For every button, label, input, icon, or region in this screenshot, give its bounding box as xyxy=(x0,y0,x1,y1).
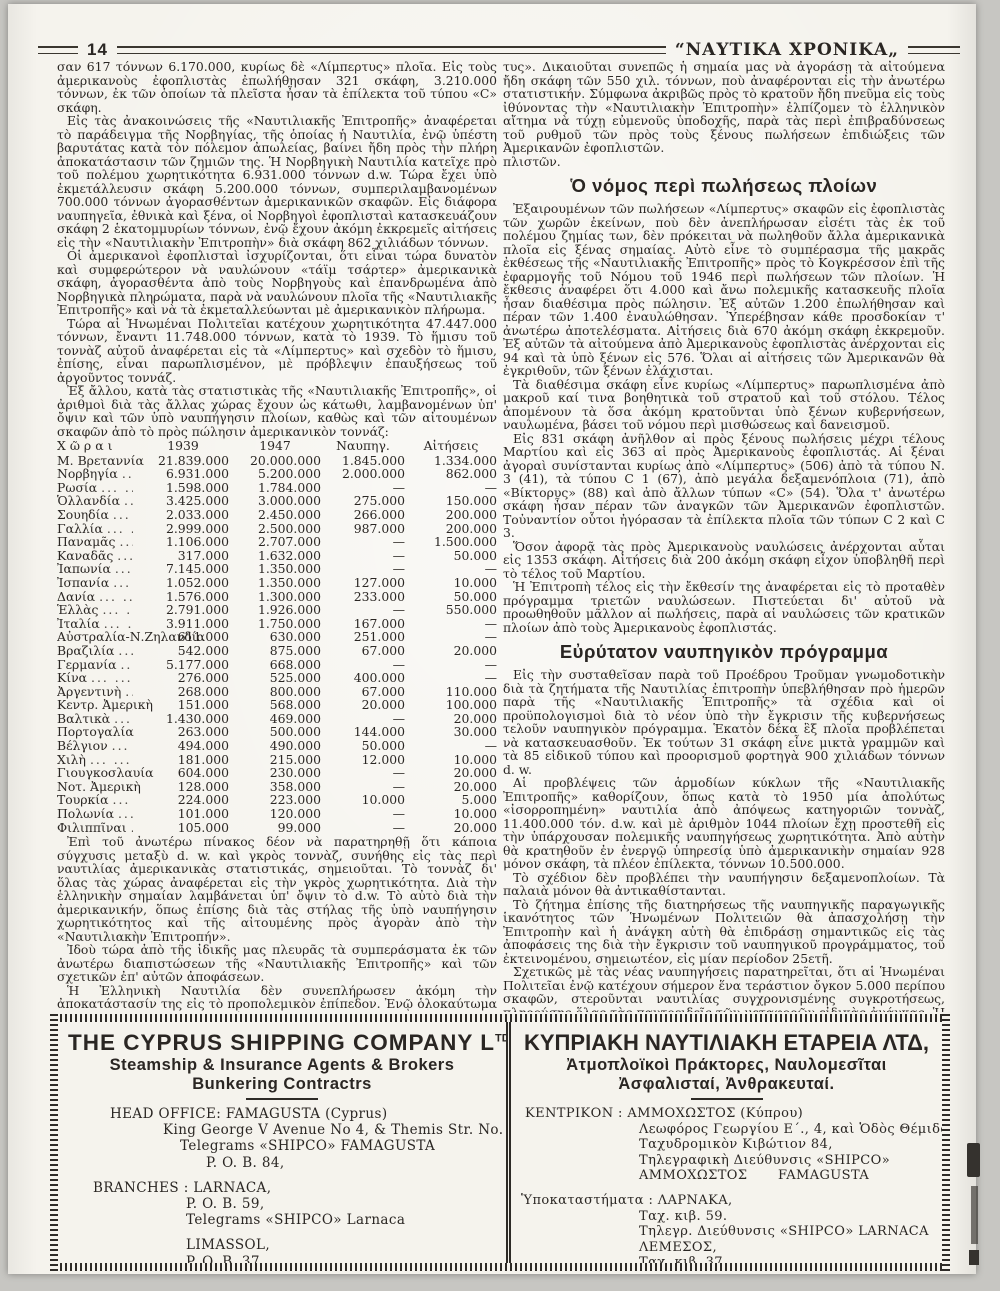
value-1947: 2.450.000 xyxy=(229,508,321,522)
value-building: 67.000 xyxy=(321,644,405,658)
value-1939: 1.598.000 xyxy=(137,481,229,495)
value-1947: 1.632.000 xyxy=(229,549,321,563)
dot-leader xyxy=(124,494,133,508)
value-1947: 2.707.000 xyxy=(229,535,321,549)
ad-line: Telegrams «SHIPCO» FAMAGUSTA xyxy=(180,1138,496,1154)
value-1947: 3.000.000 xyxy=(229,494,321,508)
table-row: Νοτ. Ἀμερικὴ 128.000 358.000 — 20.000 xyxy=(57,780,497,794)
table-row: Δανία 1.576.000 1.300.000 233.000 50.000 xyxy=(57,590,497,604)
value-1939: 2.791.000 xyxy=(137,603,229,617)
paragraph: Ὅσον ἀφορᾷ τὰς πρὸς Ἀμερικανοὺς ναυλώσει… xyxy=(503,540,945,581)
value-1939: 181.000 xyxy=(137,753,229,767)
table-row: Κεντρ. Ἀμερικὴ 151.000 568.000 20.000 10… xyxy=(57,698,497,712)
country-name: Τουρκία xyxy=(57,793,109,807)
value-1947: 875.000 xyxy=(229,644,321,658)
country-name: Κίνα xyxy=(57,671,87,685)
ad-line: Τηλεγρ. Διεύθυνσις «SHIPCO» LARNACA xyxy=(639,1224,932,1240)
value-building: 50.000 xyxy=(321,739,405,753)
value-requests: — xyxy=(405,671,497,685)
table-row: Ἑλλὰς 2.791.000 1.926.000 — 550.000 xyxy=(57,603,497,617)
dot-leader xyxy=(91,671,133,685)
ad-cyprus-maritime-company: ΚΥΠΡΙΑΚΗ ΝΑΥΤΙΛΙΑΚΗ ΕΤΑΡΕΙΑ ΛΤΔ, Ἀτμοπλο… xyxy=(511,1022,942,1263)
value-1947: 99.000 xyxy=(229,821,321,835)
section-heading-program: Εὐρύτατον ναυπηγικὸν πρόγραμμα xyxy=(503,641,945,663)
country-name: Βραζιλία xyxy=(57,644,114,658)
dot-leader xyxy=(101,481,133,495)
country-name: Ρωσία xyxy=(57,481,97,495)
value-requests: 50.000 xyxy=(405,590,497,604)
paragraph: Αἱ προβλέψεις τῶν ἁρμοδίων κύκλων τῆς «Ν… xyxy=(503,776,945,871)
paragraph: Ἡ Ἐπιτροπὴ τέλος εἰς τὴν ἔκθεσίν της ἀνα… xyxy=(503,580,945,634)
table-row: Νορβηγία 6.931.000 5.200.000 2.000.000 8… xyxy=(57,467,497,481)
value-1939: 494.000 xyxy=(137,739,229,753)
value-1947: 120.000 xyxy=(229,807,321,821)
value-1939: 542.000 xyxy=(137,644,229,658)
paragraph: Ἰδοὺ τώρα ἀπὸ τῆς ἰδικῆς μας πλευρᾶς τὰ … xyxy=(57,943,497,984)
value-1947: 1.350.000 xyxy=(229,562,321,576)
col-header-1947: 1947 xyxy=(229,439,321,453)
col-header-country: Χῶραι xyxy=(57,439,137,453)
value-requests: — xyxy=(405,630,497,644)
table-row: Γαλλία 2.999.000 2.500.000 987.000 200.0… xyxy=(57,522,497,536)
scan-artifact xyxy=(971,1186,978,1244)
value-requests: — xyxy=(405,481,497,495)
ad-line: BRANCHES : LARNACA, xyxy=(93,1180,496,1196)
value-1947: 1.350.000 xyxy=(229,576,321,590)
value-building: 67.000 xyxy=(321,685,405,699)
value-building: — xyxy=(321,807,405,821)
country-name: Φιλιππῖναι xyxy=(57,821,127,835)
country-name: Νοτ. Ἀμερικὴ xyxy=(57,780,141,794)
country-name: Βαλτικὰ xyxy=(57,712,110,726)
value-1947: 358.000 xyxy=(229,780,321,794)
value-requests: 20.000 xyxy=(405,780,497,794)
ads-frame: THE CYPRUS SHIPPING COMPANY LTD Steamshi… xyxy=(50,1014,950,1271)
col-header-building: Ναυπηγ. xyxy=(321,439,405,453)
country-name: Νορβηγία xyxy=(57,467,118,481)
table-row: Τουρκία 224.000 223.000 10.000 5.000 xyxy=(57,793,497,807)
dot-leader xyxy=(120,658,133,672)
value-building: — xyxy=(321,603,405,617)
value-1947: 490.000 xyxy=(229,739,321,753)
value-1939: 21.839.000 xyxy=(137,454,229,468)
value-1947: 568.000 xyxy=(229,698,321,712)
value-1947: 525.000 xyxy=(229,671,321,685)
section-heading-law: Ὁ νόμος περὶ πωλήσεως πλοίων xyxy=(503,175,945,197)
table-row: Βραζιλία 542.000 875.000 67.000 20.000 xyxy=(57,644,497,658)
country-name: Βέλγιον xyxy=(57,739,108,753)
value-requests: — xyxy=(405,617,497,631)
value-building: 266.000 xyxy=(321,508,405,522)
value-1947: 500.000 xyxy=(229,725,321,739)
value-building: 127.000 xyxy=(321,576,405,590)
value-building: — xyxy=(321,535,405,549)
dot-leader xyxy=(117,549,133,563)
value-1947: 469.000 xyxy=(229,712,321,726)
value-1947: 668.000 xyxy=(229,658,321,672)
dot-leader xyxy=(114,712,133,726)
tonnage-table: Χῶραι 1939 1947 Ναυπηγ. Αἰτήσεις Μ. Βρετ… xyxy=(57,439,497,834)
table-row: Βαλτικὰ 1.430.000 469.000 — 20.000 xyxy=(57,712,497,726)
ad-line: HEAD OFFICE: FAMAGUSTA (Cyprus) xyxy=(110,1106,496,1122)
value-building: — xyxy=(321,562,405,576)
table-row: Κίνα 276.000 525.000 400.000 — xyxy=(57,671,497,685)
country-name: Πορτογαλία xyxy=(57,725,134,739)
paragraph: Εἰς τὰς ἀνακοινώσεις τῆς «Ναυτιλιακῆς Ἐπ… xyxy=(57,114,497,249)
ad-line: P. O. B. 84, xyxy=(206,1155,496,1171)
country-name: Δανία xyxy=(57,590,95,604)
value-requests: — xyxy=(405,658,497,672)
value-building: 167.000 xyxy=(321,617,405,631)
value-requests: 10.000 xyxy=(405,807,497,821)
value-1947: 5.200.000 xyxy=(229,467,321,481)
value-1939: 611.000 xyxy=(137,630,229,644)
value-1939: 6.931.000 xyxy=(137,467,229,481)
country-name: Σουηδία xyxy=(57,508,109,522)
page-number: 14 xyxy=(87,40,108,60)
value-1939: 2.033.000 xyxy=(137,508,229,522)
masthead-rule-middle xyxy=(117,46,666,54)
table-row: Γιουγκοσλαυία 604.000 230.000 — 20.000 xyxy=(57,766,497,780)
country-name: Χιλὴ xyxy=(57,753,86,767)
paragraph: Ἡ Ἑλληνικὴ Ναυτιλία δὲν συνεπλήρωσεν ἀκό… xyxy=(57,984,497,1012)
ads-border-left xyxy=(50,1014,58,1271)
country-name: Γαλλία xyxy=(57,522,103,536)
value-1939: 151.000 xyxy=(137,698,229,712)
value-requests: 10.000 xyxy=(405,753,497,767)
value-1939: 2.999.000 xyxy=(137,522,229,536)
value-building: 400.000 xyxy=(321,671,405,685)
paragraph: Τὰ διαθέσιμα σκάφη εἶνε κυρίως «Λίμπερτυ… xyxy=(503,378,945,432)
value-requests: — xyxy=(405,739,497,753)
value-requests: 20.000 xyxy=(405,766,497,780)
value-building: — xyxy=(321,481,405,495)
country-name: Καναδᾶς xyxy=(57,549,113,563)
value-requests: 20.000 xyxy=(405,712,497,726)
value-building: 251.000 xyxy=(321,630,405,644)
ad-line: King George V Avenue No 4, & Themis Str.… xyxy=(163,1122,496,1138)
paragraph: σαν 617 τόννων 6.170.000, κυρίως δὲ «Λίμ… xyxy=(57,60,497,114)
value-requests: 50.000 xyxy=(405,549,497,563)
masthead: 14 “ΝΑΥΤΙΚΑ ΧΡΟΝΙΚΑ„ xyxy=(38,40,960,60)
paragraph: Εἰς τὴν συσταθεῖσαν παρὰ τοῦ Προέδρου Τρ… xyxy=(503,668,945,776)
masthead-rule-right xyxy=(908,46,960,54)
dot-leader xyxy=(112,739,133,753)
table-row: Χιλὴ 181.000 215.000 12.000 10.000 xyxy=(57,753,497,767)
ad-line: Telegrams «SHIPCO» Larnaca xyxy=(186,1212,496,1228)
ad-line: ΑΜΜΟΧΩΣΤΟΣ FAMAGUSTA xyxy=(639,1168,932,1184)
table-header-row: Χῶραι 1939 1947 Ναυπηγ. Αἰτήσεις xyxy=(57,439,497,453)
value-building: 20.000 xyxy=(321,698,405,712)
ad-title-english: THE CYPRUS SHIPPING COMPANY LTD xyxy=(68,1030,496,1056)
value-building: — xyxy=(321,766,405,780)
ads-border-top xyxy=(50,1014,950,1022)
table-body: Μ. Βρεταννία 21.839.000 20.000.000 1.845… xyxy=(57,454,497,835)
table-row: Γερμανία 5.177.000 668.000 — — xyxy=(57,658,497,672)
table-row: Ρωσία 1.598.000 1.784.000 — — xyxy=(57,481,497,495)
value-1939: 3.425.000 xyxy=(137,494,229,508)
country-name: Ἰαπωνία xyxy=(57,562,111,576)
table-row: Μ. Βρεταννία 21.839.000 20.000.000 1.845… xyxy=(57,454,497,468)
ad-cyprus-shipping-company: THE CYPRUS SHIPPING COMPANY LTD Steamshi… xyxy=(58,1022,506,1263)
country-name: Ἀργεντινὴ xyxy=(57,685,121,699)
dot-leader xyxy=(119,535,133,549)
masthead-rule-left xyxy=(38,46,78,54)
table-row: Παναμᾶς 1.106.000 2.707.000 — 1.500.000 xyxy=(57,535,497,549)
dot-leader xyxy=(90,753,133,767)
value-1939: 224.000 xyxy=(137,793,229,807)
dot-leader xyxy=(113,508,133,522)
value-1947: 230.000 xyxy=(229,766,321,780)
dot-leader xyxy=(107,522,133,536)
stray-line: πλιστῶν. xyxy=(503,155,945,169)
value-1939: 317.000 xyxy=(137,549,229,563)
value-building: — xyxy=(321,780,405,794)
ads-border-right xyxy=(942,1014,950,1271)
value-building: — xyxy=(321,658,405,672)
value-1947: 630.000 xyxy=(229,630,321,644)
ad-line: Λεωφόρος Γεωργίου Ε΄., 4, καὶ Ὁδὸς Θέμιδ… xyxy=(639,1122,932,1138)
ad-line: Ταχ. κιβ. 37, xyxy=(639,1255,932,1263)
ad-divider-rule xyxy=(691,1098,763,1100)
ad-line: Ταχ. κιβ. 59. xyxy=(639,1209,932,1225)
value-1939: 7.145.000 xyxy=(137,562,229,576)
dot-leader xyxy=(122,467,133,481)
magazine-page-scan: { "page": { "number": "14", "masthead": … xyxy=(0,0,1000,1291)
ad-subtitle: Ἀσφαλισταί, Ἀνθρακευταί. xyxy=(521,1075,932,1094)
value-building: 1.845.000 xyxy=(321,454,405,468)
ad-title-greek: ΚΥΠΡΙΑΚΗ ΝΑΥΤΙΛΙΑΚΗ ΕΤΑΡΕΙΑ ΛΤΔ, xyxy=(521,1030,932,1056)
value-1947: 2.500.000 xyxy=(229,522,321,536)
ad-line: ΛΕΜΕΣΟΣ, xyxy=(639,1240,932,1256)
value-requests: 20.000 xyxy=(405,644,497,658)
value-1947: 20.000.000 xyxy=(229,454,321,468)
country-name: Ὁλλανδία xyxy=(57,494,120,508)
value-1939: 263.000 xyxy=(137,725,229,739)
paragraph: τυς». Δικαιοῦται συνεπῶς ἡ σημαία μας νὰ… xyxy=(503,60,945,155)
country-name: Ἰταλία xyxy=(57,617,100,631)
value-1947: 1.784.000 xyxy=(229,481,321,495)
table-row: Φιλιππῖναι 105.000 99.000 — 20.000 xyxy=(57,821,497,835)
value-building: 10.000 xyxy=(321,793,405,807)
value-requests: 5.000 xyxy=(405,793,497,807)
value-requests: 200.000 xyxy=(405,522,497,536)
value-requests: 1.334.000 xyxy=(405,454,497,468)
ad-subtitle: Bunkering Contractrs xyxy=(68,1075,496,1094)
paragraph: Τὸ σχέδιον δὲν προβλέπει τὴν ναυπήγησιν … xyxy=(503,871,945,898)
value-1947: 215.000 xyxy=(229,753,321,767)
dot-leader xyxy=(118,644,133,658)
ad-line: ΚΕΝΤΡΙΚΟΝ : ΑΜΜΟΧΩΣΤΟΣ (Κύπρου) xyxy=(525,1106,932,1122)
column-left: σαν 617 τόννων 6.170.000, κυρίως δὲ «Λίμ… xyxy=(57,60,497,1012)
value-1939: 3.911.000 xyxy=(137,617,229,631)
value-1939: 128.000 xyxy=(137,780,229,794)
table-row: Βέλγιον 494.000 490.000 50.000 — xyxy=(57,739,497,753)
value-1939: 1.052.000 xyxy=(137,576,229,590)
paragraph: Σχετικῶς μὲ τὰς νέας ναυπηγήσεις παρατηρ… xyxy=(503,965,945,1012)
table-row: Ἰσπανία 1.052.000 1.350.000 127.000 10.0… xyxy=(57,576,497,590)
table-row: Πολωνία 101.000 120.000 — 10.000 xyxy=(57,807,497,821)
value-1939: 5.177.000 xyxy=(137,658,229,672)
table-row: Καναδᾶς 317.000 1.632.000 — 50.000 xyxy=(57,549,497,563)
value-requests: 20.000 xyxy=(405,821,497,835)
table-row: Αὐστραλία-Ν.Ζηλανδία 611.000 630.000 251… xyxy=(57,630,497,644)
table-row: Ὁλλανδία 3.425.000 3.000.000 275.000 150… xyxy=(57,494,497,508)
country-name: Μ. Βρεταννία xyxy=(57,454,144,468)
value-requests: 100.000 xyxy=(405,698,497,712)
ad-line: LIMASSOL, xyxy=(186,1237,496,1253)
value-requests: 110.000 xyxy=(405,685,497,699)
value-building: 233.000 xyxy=(321,590,405,604)
value-requests: 862.000 xyxy=(405,467,497,481)
paragraph: Οἱ ἀμερικανοὶ ἐφοπλισταὶ ἰσχυρίζονται, ὅ… xyxy=(57,249,497,317)
paragraph: Ἐξ ἄλλου, κατὰ τὰς στατιστικὰς τῆς «Ναυτ… xyxy=(57,384,497,438)
scan-artifact xyxy=(967,1143,980,1177)
ad-line: Ταχυδρομικὸν Κιβώτιον 84, xyxy=(639,1137,932,1153)
value-1939: 101.000 xyxy=(137,807,229,821)
dot-leader xyxy=(115,562,133,576)
value-1939: 1.576.000 xyxy=(137,590,229,604)
country-name: Ἰσπανία xyxy=(57,576,109,590)
ads-border-bottom xyxy=(50,1263,950,1271)
table-row: Ἰταλία 3.911.000 1.750.000 167.000 — xyxy=(57,617,497,631)
paragraph: Τώρα αἱ Ἡνωμέναι Πολιτεῖαι κατέχουν χωρη… xyxy=(57,317,497,385)
value-1939: 105.000 xyxy=(137,821,229,835)
value-building: 987.000 xyxy=(321,522,405,536)
dot-leader xyxy=(104,617,133,631)
ad-subtitle: Steamship & Insurance Agents & Brokers xyxy=(68,1056,496,1075)
col-header-1939: 1939 xyxy=(137,439,229,453)
value-1947: 1.750.000 xyxy=(229,617,321,631)
value-requests: 200.000 xyxy=(405,508,497,522)
paragraph: Ἐξαιρουμένων τῶν πωλήσεων «Λίμπερτυς» σκ… xyxy=(503,202,945,378)
value-1947: 1.300.000 xyxy=(229,590,321,604)
ad-line: P. O. B. 37, xyxy=(186,1254,496,1263)
value-building: 275.000 xyxy=(321,494,405,508)
paragraph: Ἐπὶ τοῦ ἀνωτέρω πίνακος δέον νὰ παρατηρη… xyxy=(57,835,497,943)
value-requests: 150.000 xyxy=(405,494,497,508)
masthead-title: “ΝΑΥΤΙΚΑ ΧΡΟΝΙΚΑ„ xyxy=(675,40,899,60)
col-header-requests: Αἰτήσεις xyxy=(405,439,497,453)
value-1939: 1.430.000 xyxy=(137,712,229,726)
table-row: Ἰαπωνία 7.145.000 1.350.000 — — xyxy=(57,562,497,576)
paragraph: Εἰς 831 σκάφη ἀνῆλθον αἱ πρὸς ξένους πωλ… xyxy=(503,432,945,540)
value-requests: 10.000 xyxy=(405,576,497,590)
dot-leader xyxy=(99,590,133,604)
value-building: 144.000 xyxy=(321,725,405,739)
ad-line: P. O. B. 59, xyxy=(186,1196,496,1212)
dot-leader xyxy=(131,821,133,835)
ad-subtitle: Ἀτμοπλοϊκοὶ Πράκτορες, Ναυλομεσῖται xyxy=(521,1056,932,1075)
dot-leader xyxy=(113,576,133,590)
value-building: — xyxy=(321,821,405,835)
table-row: Σουηδία 2.033.000 2.450.000 266.000 200.… xyxy=(57,508,497,522)
country-name: Πολωνία xyxy=(57,807,114,821)
table-row: Πορτογαλία 263.000 500.000 144.000 30.00… xyxy=(57,725,497,739)
value-1939: 276.000 xyxy=(137,671,229,685)
ad-divider-rule xyxy=(246,1098,318,1100)
scan-artifact xyxy=(969,1250,979,1265)
value-building: — xyxy=(321,549,405,563)
value-requests: 30.000 xyxy=(405,725,497,739)
value-building: 2.000.000 xyxy=(321,467,405,481)
value-1939: 604.000 xyxy=(137,766,229,780)
value-1939: 1.106.000 xyxy=(137,535,229,549)
country-name: Γερμανία xyxy=(57,658,116,672)
country-name: Ἑλλὰς xyxy=(57,603,98,617)
value-1947: 1.926.000 xyxy=(229,603,321,617)
value-requests: 550.000 xyxy=(405,603,497,617)
value-building: — xyxy=(321,712,405,726)
paragraph: Τὸ ζήτημα ἐπίσης τῆς διατηρήσεως τῆς ναυ… xyxy=(503,898,945,966)
ad-line: Τηλεγραφικὴ Διεύθυνσις «SHIPCO» xyxy=(639,1153,932,1169)
value-1947: 800.000 xyxy=(229,685,321,699)
dot-leader xyxy=(125,685,133,699)
column-right: τυς». Δικαιοῦται συνεπῶς ἡ σημαία μας νὰ… xyxy=(503,60,945,1012)
country-name: Παναμᾶς xyxy=(57,535,115,549)
value-1947: 223.000 xyxy=(229,793,321,807)
value-building: 12.000 xyxy=(321,753,405,767)
table-row: Ἀργεντινὴ 268.000 800.000 67.000 110.000 xyxy=(57,685,497,699)
dot-leader xyxy=(102,603,133,617)
dot-leader xyxy=(118,807,133,821)
ad-line: Ὑποκαταστήματα : ΛΑΡΝΑΚΑ, xyxy=(521,1193,932,1209)
value-requests: — xyxy=(405,562,497,576)
value-1939: 268.000 xyxy=(137,685,229,699)
value-requests: 1.500.000 xyxy=(405,535,497,549)
dot-leader xyxy=(113,793,133,807)
